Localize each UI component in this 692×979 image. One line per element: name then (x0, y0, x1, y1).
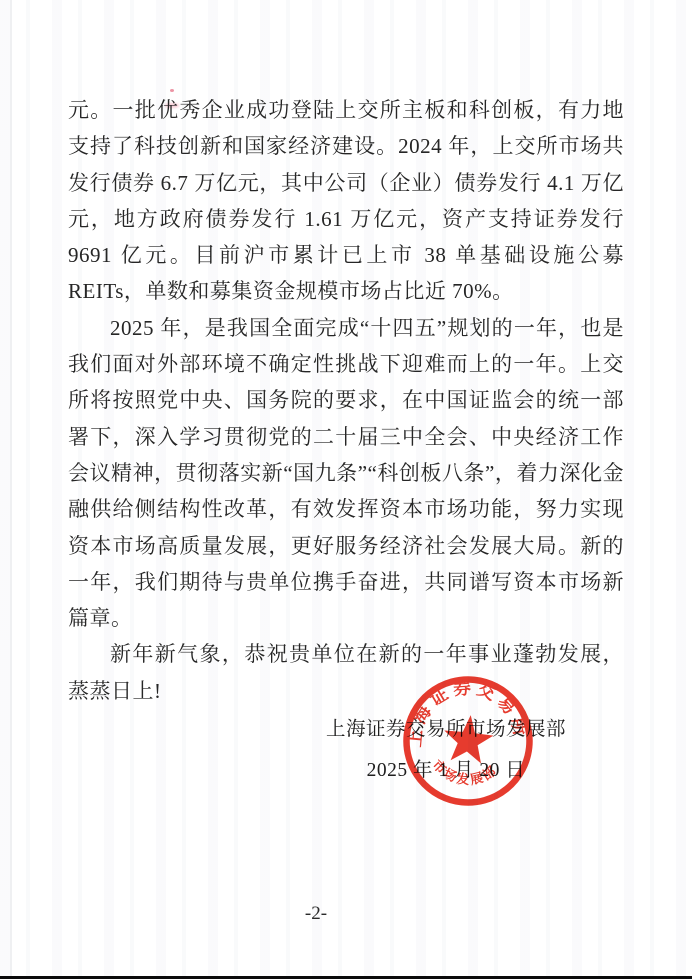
seal-star-icon (441, 713, 495, 765)
paragraph-new-year-wishes: 新年新气象，恭祝贵单位在新的一年事业蓬勃发展，蒸蒸日上! (68, 636, 624, 709)
seal-bottom-text: 市场发展部 (428, 756, 501, 790)
scanned-letter-page: 元。一批优秀企业成功登陆上交所主板和科创板，有力地支持了科技创新和国家经济建设。… (0, 0, 692, 979)
scan-edge-streak (10, 0, 12, 979)
paragraph-2025-outlook: 2025 年，是我国全面完成“十四五”规划的一年，也是我们面对外部环境不确定性挑… (68, 310, 624, 637)
paragraph-bond-issuance: 元。一批优秀企业成功登陆上交所主板和科创板，有力地支持了科技创新和国家经济建设。… (68, 92, 624, 310)
svg-text:市场发展部: 市场发展部 (428, 756, 501, 790)
official-seal: 上海证券交易所 市场发展部 (395, 668, 540, 813)
letter-body: 元。一批优秀企业成功登陆上交所主板和科创板，有力地支持了科技创新和国家经济建设。… (68, 92, 624, 709)
page-number: -2- (260, 903, 372, 925)
